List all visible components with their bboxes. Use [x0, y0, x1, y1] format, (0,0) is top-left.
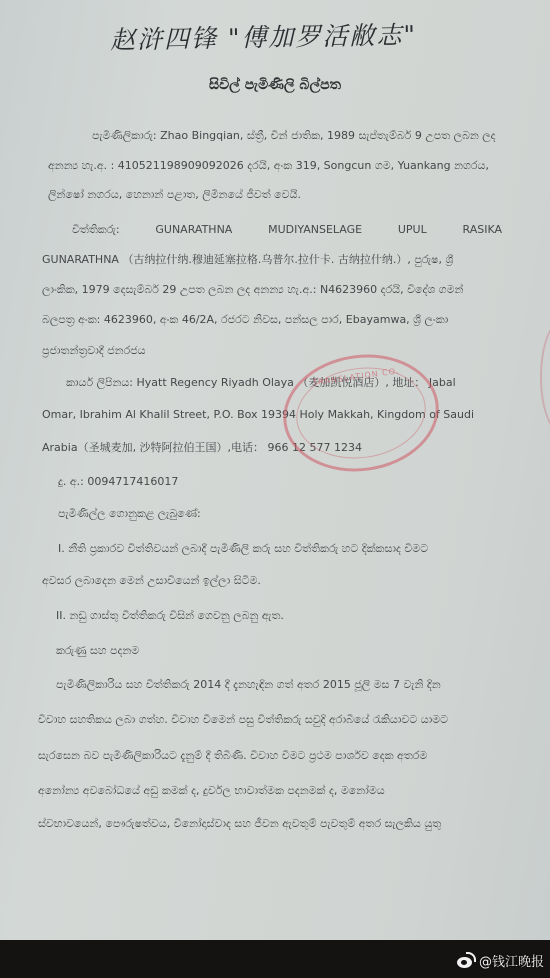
document-title: සිවිල් පැමිණිලි බිල්පත: [0, 77, 550, 93]
text-line: අනෝන්‍ය අවබෝධයේ අඩු කමක් ද, දුර්වල භාවාත…: [38, 783, 385, 799]
text-segment: UPUL: [398, 222, 427, 238]
text-segment: GUNARATHNA: [155, 222, 232, 238]
text-line: පැමිණිලිකාරු: Zhao Bingqian, ස්ත්‍රී, චී…: [92, 128, 496, 144]
text-line: අවසර ලබාදෙන මෙන් උසාවියෙන් ඉල්ලා සිටීම.: [42, 573, 261, 589]
text-line: අනන්‍ය හැ.අ. : 410521198909092026 දරයි, …: [48, 158, 489, 174]
text-line: බලපත්‍ර අංක: 4623960, අංක 46/2A, රජරට නි…: [42, 312, 448, 328]
partial-stamp: [540, 320, 550, 434]
text-line: සැරසෙන බව පැමිණිලිකාරියට දැනුම් දී තිබිණ…: [38, 748, 427, 764]
section-heading: කරුණු සහ පදනම: [56, 643, 139, 659]
text-line: ප්‍රජාතන්ත්‍රවාදී ජනරජය: [42, 343, 146, 359]
text-line: ලාංකික, 1979 දෙසැම්බර් 29 උපත ලබන ලද අනන…: [42, 282, 463, 298]
text-line: පැමිණිල්ල ගොනුකළ ලැබුණේ:: [58, 506, 201, 522]
weibo-icon: [457, 954, 475, 968]
text-line: විවාහ සහතිකය ලබා ගත්හ. විවාහ වීමෙන් පසු …: [38, 712, 448, 728]
text-line: දු. අ.: 0094717416017: [58, 474, 178, 490]
stamp-text: TRANSLATION CO.: [281, 362, 431, 392]
text-segment: විත්තිකරු:: [72, 222, 120, 238]
source-watermark: @钱江晚报: [457, 951, 544, 970]
translation-stamp: TRANSLATION CO.: [276, 345, 447, 482]
text-line: පැමිණිලිකාරිය සහ විත්තිකරු 2014 දී දැනහැ…: [56, 677, 441, 693]
document-page: 赵浒四锋 "傅加罗活敝志" සිවිල් පැමිණිලි බිල්පත පැම…: [0, 0, 550, 947]
watermark-text: @钱江晚报: [479, 951, 544, 970]
text-line: GUNARATHNA （古纳拉什纳.穆迪延塞拉格.乌普尔.拉什卡. 古纳拉什纳.…: [42, 252, 453, 268]
text-segment: RASIKA: [463, 222, 503, 238]
background-surface: @钱江晚报: [0, 940, 550, 978]
text-line: II. නඩු ගාස්තු විත්තිකරු විසින් ගෙවනු ලබ…: [56, 608, 284, 624]
text-line: ස්වභාවයෙන්, පෞරුෂත්වය, විනෝදාස්වාද සහ ජී…: [38, 816, 441, 832]
text-line: I. නීති ප්‍රකාරව විත්තිවයන් ලබාදී පැමිණි…: [58, 541, 428, 557]
defendant-name-line: විත්තිකරු: GUNARATHNA MUDIYANSELAGE UPUL…: [72, 222, 502, 238]
text-segment: MUDIYANSELAGE: [268, 222, 362, 238]
handwritten-note: 赵浒四锋 "傅加罗活敝志": [110, 15, 418, 56]
text-line: ලින්ෂෝ නගරය, හෙනාන් පළාත, ලිමිනයේ ජීවත් …: [48, 187, 301, 203]
